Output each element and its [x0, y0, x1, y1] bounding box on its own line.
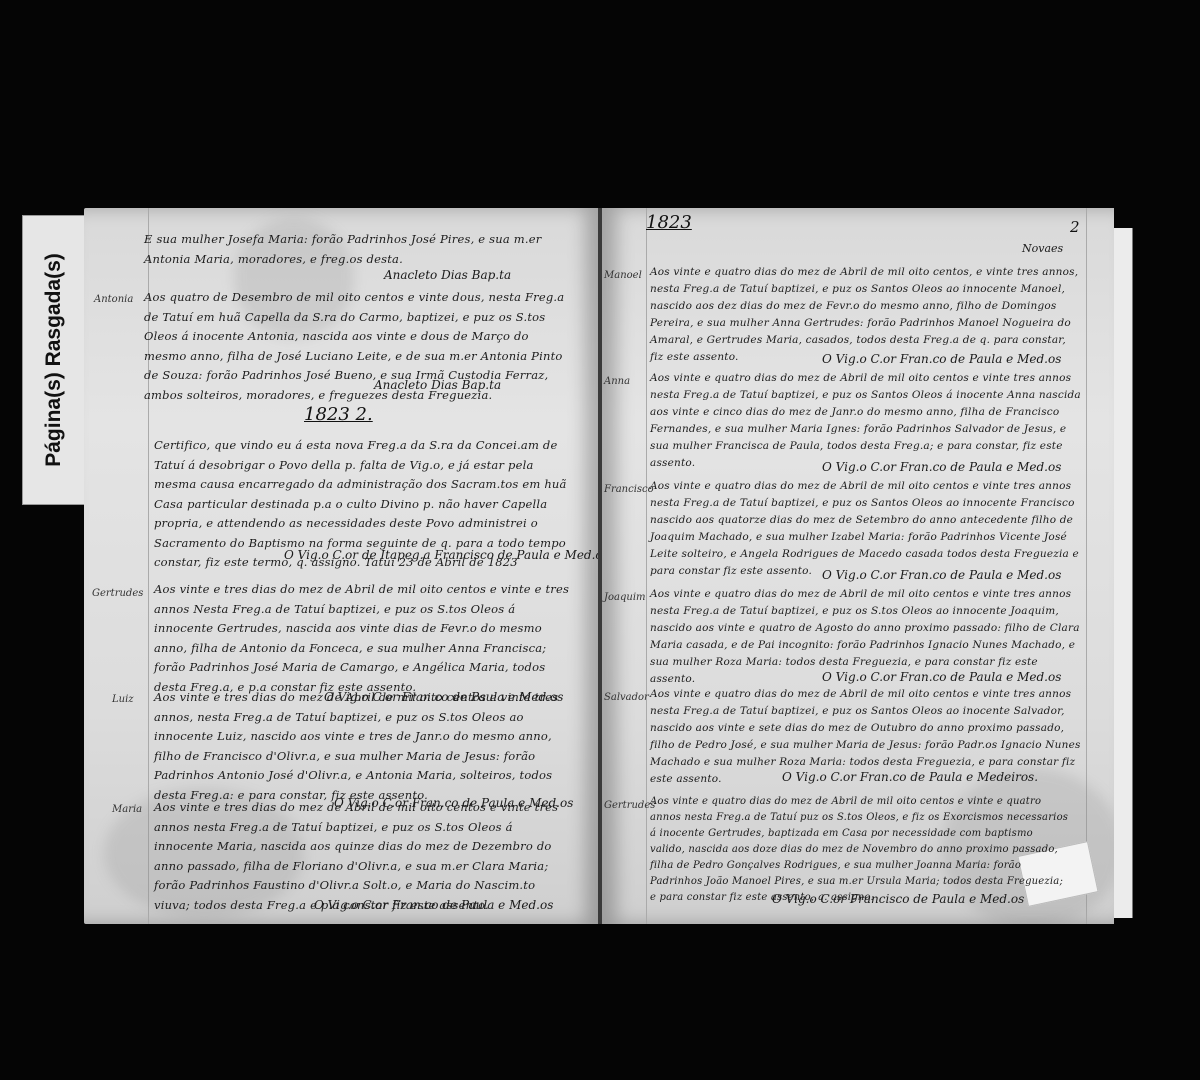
margin-name: Antonia — [94, 294, 133, 305]
entry-text: Aos vinte e quatro dias do mez de Abril … — [650, 370, 1082, 472]
baptism-entry: Aos vinte e quatro dias do mez de Abril … — [650, 370, 1082, 472]
baptism-entry: Aos vinte e quatro dias do mez de Abril … — [650, 794, 1070, 906]
signature: O Vig.o C.or Fran.co de Paula e Med.os — [822, 460, 1061, 474]
signature: O Vig.o C.or Fran.co de Paula e Med.os — [822, 670, 1061, 684]
margin-name: Maria — [112, 804, 142, 815]
year-heading: 1823 — [646, 212, 692, 233]
margin-name: Salvador — [604, 692, 649, 703]
margin-name: Gertrudes — [604, 800, 655, 811]
page-edge — [1114, 228, 1133, 918]
baptism-entry: Aos vinte e tres dias do mez de Abril de… — [154, 580, 574, 697]
register-book-spread: E sua mulher Josefa Maria: forão Padrinh… — [84, 208, 1134, 924]
margin-name: Gertrudes — [92, 588, 143, 599]
margin-name: Luiz — [112, 694, 134, 705]
left-page: E sua mulher Josefa Maria: forão Padrinh… — [84, 208, 600, 924]
entry-text: Aos vinte e quatro dias do mez de Abril … — [650, 264, 1082, 366]
margin-name: Anna — [604, 376, 630, 387]
signature: O Vig.o C.or de Itapeg.a Francisco de Pa… — [284, 548, 600, 562]
signature: O Vig.o C.or Fran.co de Paula e Med.os — [822, 352, 1061, 366]
entry-text: E sua mulher Josefa Maria: forão Padrinh… — [144, 230, 574, 269]
signature: O Vig.o C.or Fran.co de Paula e Med.os — [822, 568, 1061, 582]
signature: O Vig.o C.or Francisco de Paula e Med.os — [772, 892, 1024, 906]
margin-name: Manoel — [604, 270, 642, 281]
margin-name: Francisco — [604, 484, 654, 495]
margin-rule — [646, 208, 647, 924]
continuation-entry: E sua mulher Josefa Maria: forão Padrinh… — [144, 230, 574, 269]
signature: Anacleto Dias Bap.ta — [384, 268, 511, 282]
signature: Anacleto Dias Bap.ta — [374, 378, 501, 392]
entry-text: Aos vinte e quatro dias do mez de Abril … — [650, 794, 1070, 906]
signature: O Vig.o C.or Fran.co de Paula e Med.os — [314, 898, 553, 912]
right-page: 1823 2 Novaes Manoel Aos vinte e quatro … — [602, 208, 1114, 924]
entry-text: Aos vinte e tres dias do mez de Abril de… — [154, 688, 574, 805]
margin-name: Joaquim — [604, 592, 646, 603]
baptism-entry: Aos vinte e quatro dias do mez de Abril … — [650, 264, 1082, 366]
baptism-entry: Aos quatro de Desembro de mil oito cento… — [144, 288, 574, 405]
baptism-entry: Aos vinte e tres dias do mez de Abril de… — [154, 688, 574, 805]
entry-text: Aos vinte e quatro dias do mez de Abril … — [650, 478, 1082, 580]
entry-text: Aos vinte e tres dias do mez de Abril de… — [154, 580, 574, 697]
corner-note: Novaes — [1022, 242, 1063, 255]
baptism-entry: Aos vinte e quatro dias do mez de Abril … — [650, 478, 1082, 580]
torn-pages-label-text: Página(s) Rasgada(s) — [42, 253, 66, 467]
torn-pages-label: Página(s) Rasgada(s) — [22, 215, 86, 505]
entry-text: Aos quatro de Desembro de mil oito cento… — [144, 288, 574, 405]
signature: O Vig.o C.or Fran.co de Paula e Medeiros… — [782, 770, 1038, 784]
year-heading: 1823 2. — [304, 404, 373, 425]
page-number: 2 — [1070, 218, 1080, 236]
